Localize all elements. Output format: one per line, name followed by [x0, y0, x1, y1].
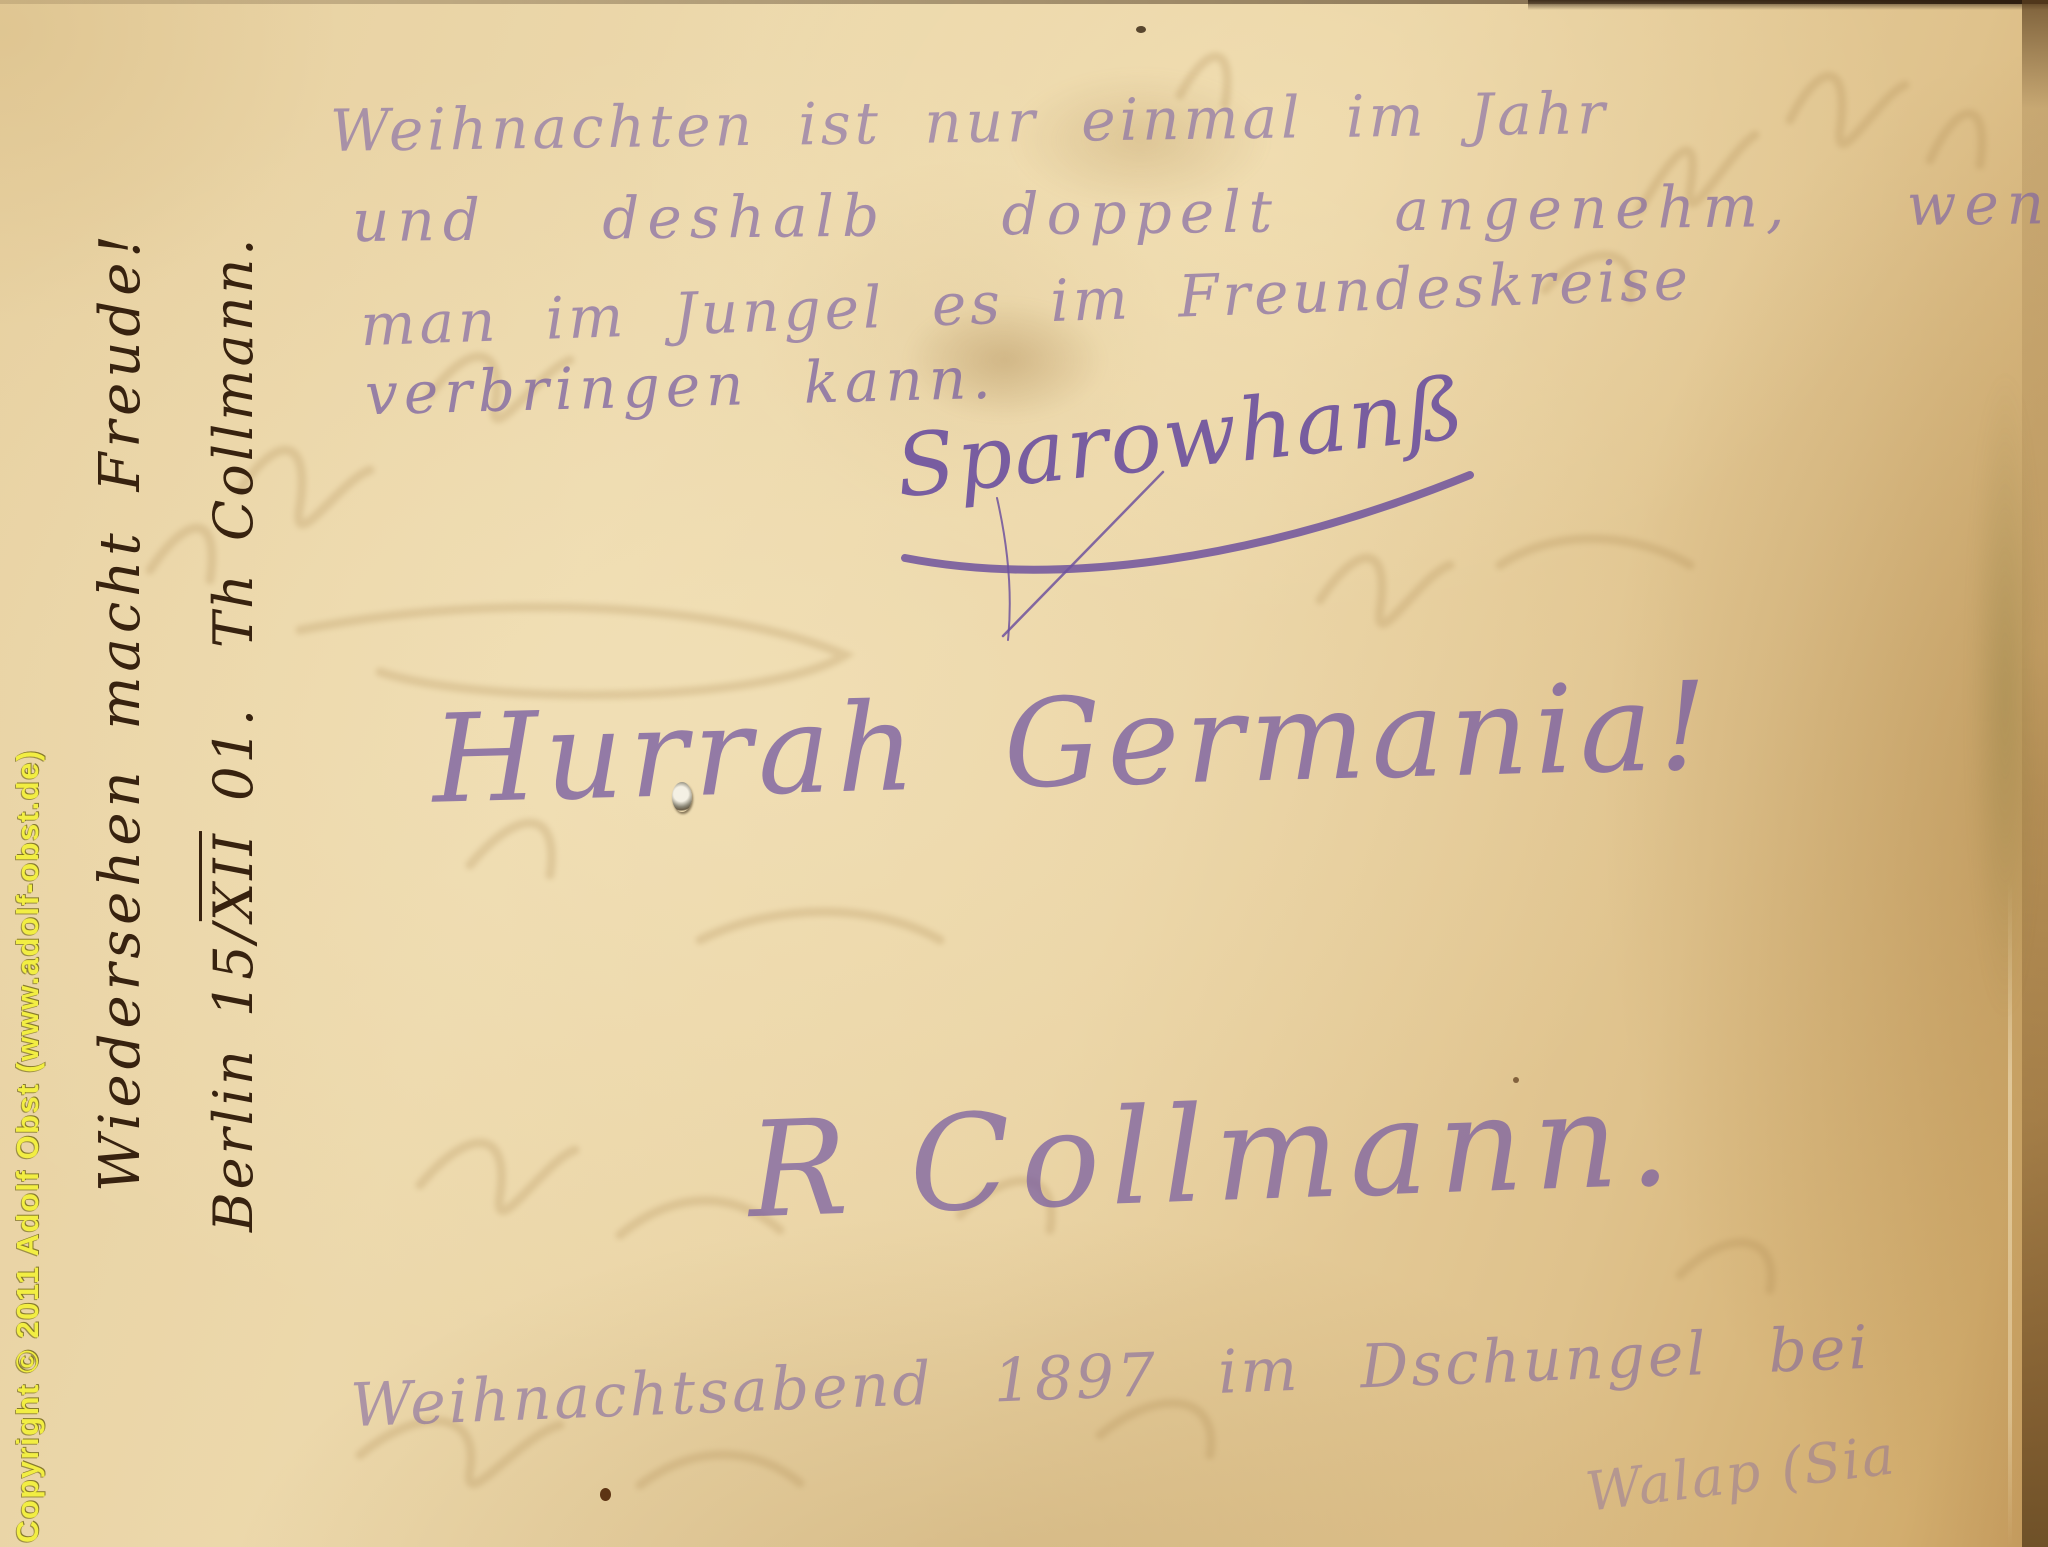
margin-date-prefix: Berlin 15/: [202, 921, 265, 1232]
margin-date-suffix: 01.: [202, 706, 265, 831]
margin-note-motto: Wiedersehen macht Freude!: [88, 230, 153, 1192]
margin-note-dateline: Berlin 15/XII 01.Th Collmann.: [202, 236, 265, 1232]
greeting-signature: R Collmann.: [746, 1062, 1683, 1248]
margin-roman-month: XII: [202, 831, 265, 921]
album-page-scan: Weihnachten ist nur einmal im Jahr und d…: [0, 0, 2048, 1547]
margin-signature: Th Collmann.: [202, 236, 265, 648]
copyright-watermark: Copyright © 2011 Adolf Obst (www.adolf-o…: [10, 749, 46, 1543]
